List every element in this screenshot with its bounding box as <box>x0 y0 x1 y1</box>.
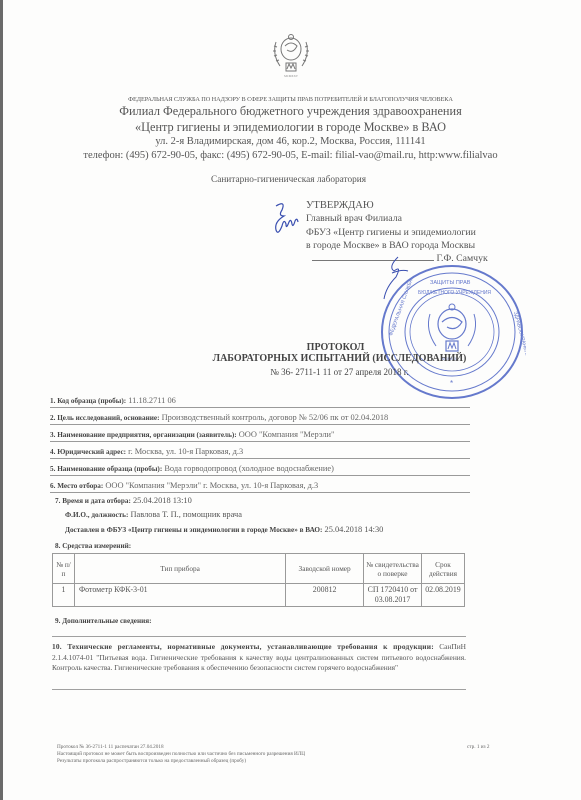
field-label: 3. Наименование предприятия, организации… <box>50 431 237 439</box>
field-label: 1. Код образца (пробы): <box>50 397 126 405</box>
institution-address: ул. 2-я Владимирская, дом 46, кор.2, Мос… <box>0 136 581 147</box>
field-label: 2. Цель исследований, основание: <box>50 414 159 422</box>
field-label: Доставлен в ФБУЗ «Центр гигиены и эпидем… <box>65 526 322 534</box>
approval-line-1: Главный врач Филиала <box>306 212 488 225</box>
additional-info-heading: 9. Дополнительные сведения: <box>55 616 152 625</box>
field-sample-code: 1. Код образца (пробы): 11.18.2711 06 <box>50 394 470 408</box>
field-label: Ф.И.О., должность: <box>65 511 128 519</box>
field-sampling-time: 7. Время и дата отбора: 25.04.2018 13:10 <box>55 496 192 505</box>
protocol-page: MCMXXV ФЕДЕРАЛЬНАЯ СЛУЖБА ПО НАДЗОРУ В С… <box>0 0 581 800</box>
official-stamp-icon: ЗАЩИТЫ ПРАВ БЮДЖЕТНОГО УЧРЕЖДЕНИЯ ФЕДЕРА… <box>378 262 526 402</box>
institution-line-2: «Центр гигиены и эпидемиологии в городе … <box>0 120 581 135</box>
instruments-heading: 8. Средства измерений: <box>55 541 131 550</box>
institution-line-1: Филиал Федерального бюджетного учреждени… <box>0 104 581 119</box>
divider <box>52 689 466 690</box>
field-legal-address: 4. Юридический адрес: г. Москва, ул. 10-… <box>50 445 470 459</box>
institution-contacts: телефон: (495) 672-90-05, факс: (495) 67… <box>0 150 581 161</box>
signature-icon <box>268 200 304 240</box>
field-purpose: 2. Цель исследований, основание: Произво… <box>50 411 470 425</box>
field-delivered: Доставлен в ФБУЗ «Центр гигиены и эпидем… <box>65 525 383 534</box>
cell-certificate: СП 1720410 от 03.08.2017 <box>364 584 422 607</box>
svg-text:ЗАЩИТЫ ПРАВ: ЗАЩИТЫ ПРАВ <box>430 280 471 286</box>
field-value: Павлова Т. П., помощник врача <box>130 510 241 519</box>
field-value: 25.04.2018 13:10 <box>133 496 192 505</box>
cell-validity: 02.08.2019 <box>421 584 464 607</box>
field-label: 4. Юридический адрес: <box>50 448 126 456</box>
footer-printed: Протокол № 36-2711-1 11 распечатан 27.04… <box>57 744 164 750</box>
field-applicant: 3. Наименование предприятия, организации… <box>50 428 470 442</box>
cell-type: Фотометр КФК-3-01 <box>74 584 285 607</box>
protocol-title: ПРОТОКОЛ <box>0 342 581 353</box>
approval-line-2: ФБУЗ «Центр гигиены и эпидемиологии <box>306 226 488 239</box>
signature-line <box>312 252 434 261</box>
protocol-number: № 36- 2711-1 11 от 27 апреля 2018 г. <box>0 367 581 377</box>
agency-name: ФЕДЕРАЛЬНАЯ СЛУЖБА ПО НАДЗОРУ В СФЕРЕ ЗА… <box>0 96 581 103</box>
col-validity: Срок действия <box>421 554 464 584</box>
field-value: 25.04.2018 14:30 <box>325 525 384 534</box>
regulations-section: 10. Технические регламенты, нормативные … <box>52 642 466 674</box>
cell-serial: 200812 <box>286 584 364 607</box>
field-value: г. Москва, ул. 10-я Парковая, д.3 <box>128 447 243 456</box>
footer-notice-copy: Настоящий протокол не может быть воспрои… <box>57 751 305 757</box>
cell-number: 1 <box>53 584 75 607</box>
instruments-table: № п/п Тип прибора Заводской номер № свид… <box>52 553 465 607</box>
field-value: 11.18.2711 06 <box>128 396 176 405</box>
table-row: 1 Фотометр КФК-3-01 200812 СП 1720410 от… <box>53 584 465 607</box>
svg-text:БЮДЖЕТНОГО УЧРЕЖДЕНИЯ: БЮДЖЕТНОГО УЧРЕЖДЕНИЯ <box>418 290 491 296</box>
field-value: ООО "Компания "Мерэли" <box>239 430 335 439</box>
protocol-subtitle: ЛАБОРАТОРНЫХ ИСПЫТАНИЙ (ИССЛЕДОВАНИЙ) <box>0 353 581 364</box>
divider <box>52 636 466 637</box>
footer-notice-scope: Результаты протокола распространяются то… <box>57 758 246 764</box>
field-label: 5. Наименование образца (пробы): <box>50 465 162 473</box>
col-type: Тип прибора <box>74 554 285 584</box>
col-number: № п/п <box>53 554 75 584</box>
field-label: 6. Место отбора: <box>50 482 103 490</box>
page-number: стр. 1 из 2 <box>467 744 489 750</box>
field-value: Производственный контроль, договор № 52/… <box>162 413 389 422</box>
svg-text:*: * <box>450 379 453 388</box>
approval-heading: УТВЕРЖДАЮ <box>306 199 488 212</box>
svg-text:MCMXXV: MCMXXV <box>284 74 299 78</box>
col-serial: Заводской номер <box>286 554 364 584</box>
field-sampling-place: 6. Место отбора: ООО "Компания "Мерэли" … <box>50 479 470 493</box>
laboratory-name: Санитарно-гигиеническая лаборатория <box>211 175 366 185</box>
regulations-label: 10. Технические регламенты, нормативные … <box>52 642 434 651</box>
approval-line-3: в городе Москве» в ВАО города Москвы <box>306 239 488 252</box>
col-certificate: № свидетельства о поверке <box>364 554 422 584</box>
emblem-icon: MCMXXV <box>266 30 316 80</box>
table-header-row: № п/п Тип прибора Заводской номер № свид… <box>53 554 465 584</box>
field-sample-name: 5. Наименование образца (пробы): Вода го… <box>50 462 470 476</box>
field-sampler: Ф.И.О., должность: Павлова Т. П., помощн… <box>65 510 242 519</box>
field-value: ООО "Компания "Мерэли" г. Москва, ул. 10… <box>105 481 318 490</box>
field-value: Вода горводопровод (холодное водоснабжен… <box>164 464 334 473</box>
field-label: 7. Время и дата отбора: <box>55 497 131 505</box>
